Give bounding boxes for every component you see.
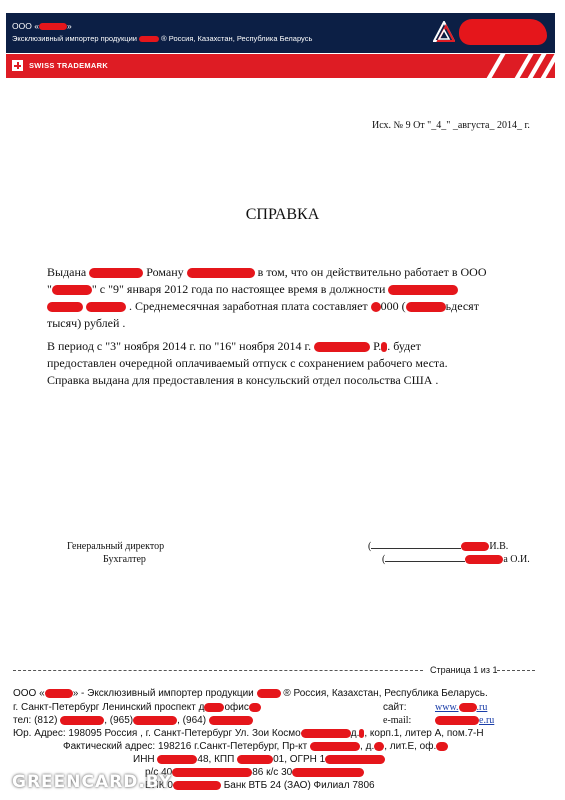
accountant-label: Бухгалтер — [103, 554, 146, 565]
footer-legal-address: Юр. Адрес: 198095 Россия , г. Санкт-Пете… — [13, 728, 484, 739]
document-title: СПРАВКА — [0, 206, 565, 224]
decorative-stripe — [483, 54, 508, 78]
footer-company-line: ООО «» - Эксклюзивный импортер продукции… — [13, 688, 488, 699]
redaction — [371, 302, 381, 312]
swiss-trademark-label: SWISS TRADEMARK — [29, 61, 108, 70]
redaction — [47, 302, 83, 312]
redaction — [461, 542, 489, 551]
redaction — [173, 781, 221, 790]
vacation-paragraph: В период с "3" ноября 2014 г. по "16" но… — [47, 338, 547, 389]
redaction — [139, 36, 159, 42]
redaction — [209, 716, 253, 725]
email-link[interactable]: e.ru — [435, 715, 494, 726]
swiss-trademark-bar: SWISS TRADEMARK — [6, 54, 555, 78]
redaction — [257, 689, 281, 698]
redaction — [310, 742, 360, 751]
redaction — [157, 755, 197, 764]
redaction — [292, 768, 364, 777]
footer-bank-accounts: р/с 4086 к/с 30 — [145, 767, 364, 778]
redaction — [465, 555, 503, 564]
redaction — [314, 342, 370, 352]
company-name: ООО «» — [12, 21, 72, 31]
outgoing-reference: Исх. № 9 От "_4_" _августа_ 2014_ г. — [372, 120, 530, 131]
redaction — [45, 689, 73, 698]
footer-divider — [13, 670, 423, 671]
triangle-logo-icon — [433, 21, 455, 43]
redaction — [435, 716, 479, 725]
company-tagline: Эксклюзивный импортер продукции ® Россия… — [12, 34, 312, 43]
redaction — [187, 268, 255, 278]
letterhead-banner: ООО «» Эксклюзивный импортер продукции ®… — [6, 13, 555, 53]
redaction — [204, 703, 224, 712]
page-number: Страница 1 из 1 — [430, 665, 497, 675]
redaction — [374, 742, 384, 751]
redaction — [301, 729, 351, 738]
site-label: сайт: — [383, 702, 407, 713]
footer-phone-line: тел: (812) , (965), (964) — [13, 715, 253, 726]
site-link[interactable]: www..ru — [435, 702, 487, 713]
accountant-signature-line: (а О.И. — [382, 554, 530, 565]
footer-tax-ids: ИНН 48, КПП 01, ОГРН 1 — [133, 754, 385, 765]
watermark: GREENCARD.BY — [12, 772, 172, 792]
footer-bank-details: БИК 0 Банк ВТБ 24 (ЗАО) Филиал 7806 — [145, 780, 375, 791]
footer-actual-address: Фактический адрес: 198216 г.Санкт-Петерб… — [63, 741, 448, 752]
director-signature-line: (И.В. — [368, 541, 508, 552]
brand-logo-redacted — [459, 19, 547, 45]
redaction — [388, 285, 458, 295]
redaction — [86, 302, 126, 312]
redaction — [406, 302, 446, 312]
redaction — [60, 716, 104, 725]
employment-paragraph: Выдана Роману в том, что он действительн… — [47, 264, 547, 332]
footer-divider — [497, 670, 535, 671]
redaction — [52, 285, 92, 295]
redaction — [325, 755, 385, 764]
email-label: e-mail: — [383, 715, 411, 726]
redaction — [237, 755, 273, 764]
director-label: Генеральный директор — [67, 541, 164, 552]
redaction — [172, 768, 252, 777]
footer-address-line: г. Санкт-Петербург Ленинский проспект до… — [13, 702, 261, 713]
redaction — [39, 23, 67, 30]
swiss-cross-icon — [12, 60, 23, 71]
redaction — [249, 703, 261, 712]
redaction — [459, 703, 477, 712]
redaction — [133, 716, 177, 725]
redaction — [89, 268, 143, 278]
redaction — [436, 742, 448, 751]
